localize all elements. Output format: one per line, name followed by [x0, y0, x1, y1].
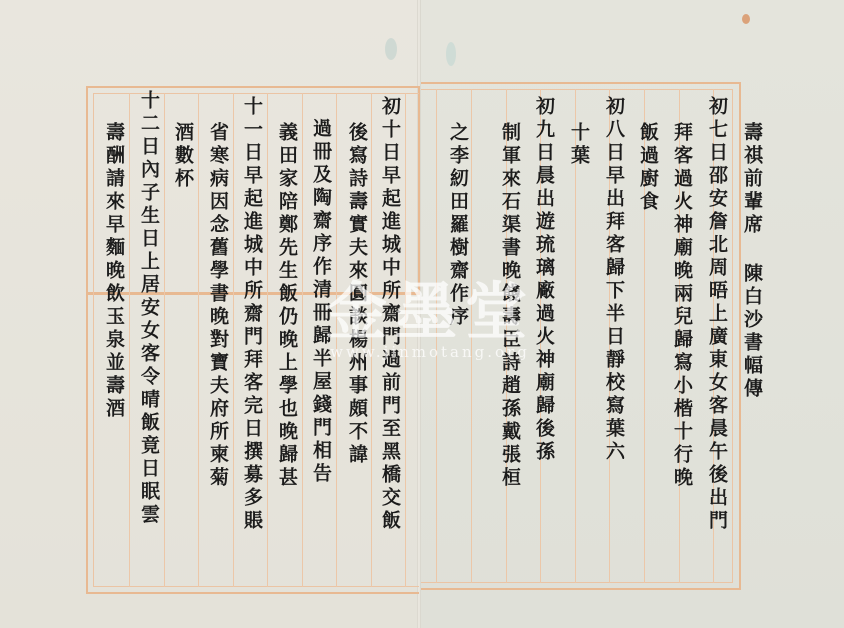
text-column: 壽酬請來早麵晚飲玉泉並壽酒: [102, 104, 126, 542]
text-column: 省寒病因念舊學書晚對寶夫府所柬菊: [206, 104, 230, 602]
text-column: 壽祺前輩席 陳白沙書幅傳: [740, 104, 764, 592]
text-column: 拜客過火神廟晚兩兒歸寫小楷十行晚: [670, 104, 694, 602]
text-column: 十一日早起進城中所齋門拜客完日撰募多賬: [240, 96, 264, 586]
text-column: 飯過廚食: [636, 104, 660, 322]
paper-stain: [385, 38, 397, 60]
paper-stain: [446, 42, 456, 66]
text-column: 義田家陪鄭先生飯仍晚上學也晚歸甚: [275, 104, 299, 602]
text-column: 初七日邵安詹北周晤上廣東女客晨午後出門: [705, 96, 729, 586]
paper-stain: [742, 14, 750, 24]
text-column: 酒數杯: [171, 104, 195, 242]
text-column: 初八日早出拜客歸下半日靜校寫葉六: [602, 96, 626, 586]
text-column: 十葉: [567, 104, 591, 222]
text-column: 十二日內子生日上居安女客令晴飯竟日眠雲: [137, 90, 161, 580]
watermark-url: www.jinmotang.org: [300, 343, 560, 361]
